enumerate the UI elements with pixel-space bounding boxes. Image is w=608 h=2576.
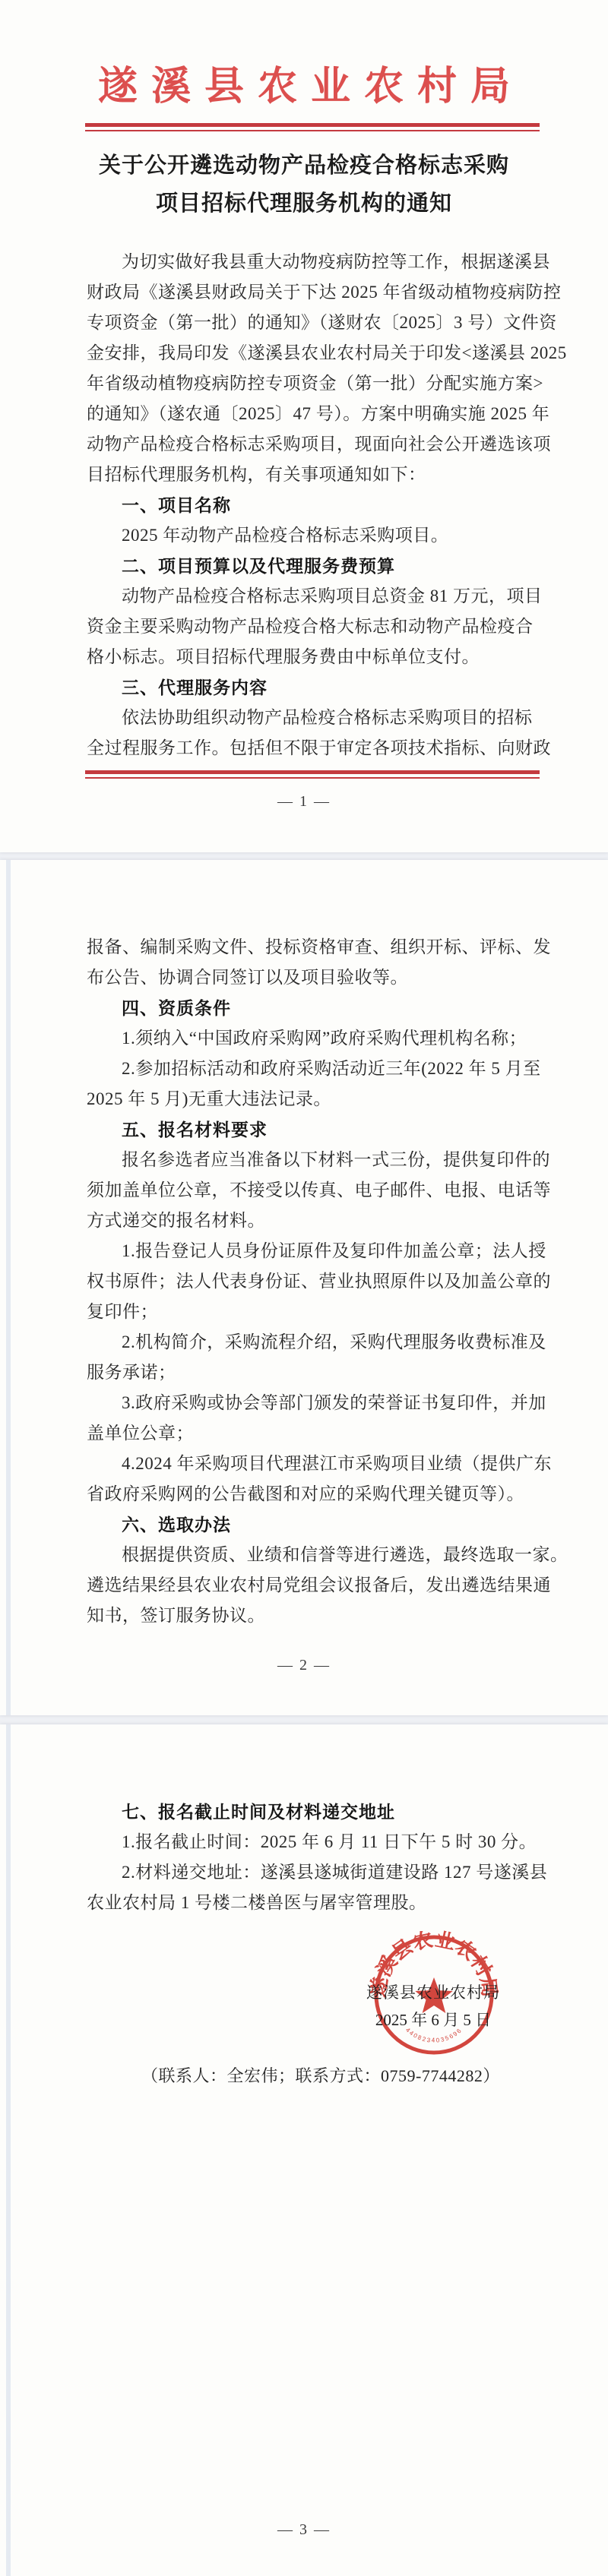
body-line: 动物产品检疫合格标志采购项目总资金 81 万元，项目 (87, 581, 540, 612)
red-divider-header (85, 123, 540, 131)
document-title-line2: 项目招标代理服务机构的通知 (46, 185, 562, 223)
body-line: 资金主要采购动物产品检疫合格大标志和动物产品检疫合 (87, 612, 540, 642)
body-line: 权书原件；法人代表身份证、营业执照原件以及加盖公章的 (87, 1266, 540, 1297)
body-line: 七、报名截止时间及材料递交地址 (87, 1797, 540, 1827)
body-line: 1.报名截止时间：2025 年 6 月 11 日下午 5 时 30 分。 (87, 1827, 540, 1857)
body-line: 4.2024 年采购项目代理湛江市采购项目业绩（提供广东 (87, 1449, 540, 1479)
body-line: 年省级动植物疫病防控专项资金（第一批）分配实施方案> (87, 368, 540, 399)
body-line: 为切实做好我县重大动物疫病防控等工作，根据遂溪县 (87, 247, 540, 277)
document-page-3: 七、报名截止时间及材料递交地址1.报名截止时间：2025 年 6 月 11 日下… (0, 1724, 608, 2576)
body-line: 2.材料递交地址：遂溪县遂城街道建设路 127 号遂溪县 (87, 1857, 540, 1888)
body-line: 三、代理服务内容 (87, 672, 540, 703)
body-line: 遴选结果经县农业农村局党组会议报备后，发出遴选结果通 (87, 1570, 540, 1601)
body-line: 二、项目预算以及代理服务费预算 (87, 551, 540, 581)
body-line: 复印件； (87, 1297, 540, 1327)
body-line: 一、项目名称 (87, 490, 540, 520)
body-line: 六、选取办法 (87, 1509, 540, 1540)
red-divider-footer (85, 770, 540, 779)
page1-body-text: 为切实做好我县重大动物疫病防控等工作，根据遂溪县财政局《遂溪县财政局关于下达 2… (87, 247, 540, 763)
scan-edge-shadow (6, 1724, 11, 2576)
body-line: 农业农村局 1 号楼二楼兽医与屠宰管理股。 (87, 1888, 540, 1918)
body-line: 专项资金（第一批）的通知》（遂财农〔2025〕3 号）文件资 (87, 308, 540, 338)
body-line: 布公告、协调合同签订以及项目验收等。 (87, 962, 540, 993)
body-line: 全过程服务工作。包括但不限于审定各项技术指标、向财政 (87, 733, 540, 763)
signature-org: 遂溪县农业农村局 (357, 1983, 509, 2002)
body-line: 金安排，我局印发《遂溪县农业农村局关于印发<遂溪县 2025 (87, 338, 540, 368)
body-line: 省政府采购网的公告截图和对应的采购代理关键页等）。 (87, 1479, 540, 1509)
page-number-1: — 1 — (0, 790, 608, 813)
body-line: 财政局《遂溪县财政局关于下达 2025 年省级动植物疫病防控 (87, 277, 540, 308)
body-line: 盖单位公章； (87, 1418, 540, 1449)
letterhead-agency-title: 遂溪县农业农村局 (0, 65, 608, 110)
body-line: 2.机构简介，采购流程介绍，采购代理服务收费标准及 (87, 1327, 540, 1358)
contact-line: （联系人：全宏伟；联系方式：0759-7744282） (141, 2065, 500, 2088)
document-page-1: 遂溪县农业农村局 关于公开遴选动物产品检疫合格标志采购 项目招标代理服务机构的通… (0, 0, 608, 852)
body-line: 方式递交的报名材料。 (87, 1206, 540, 1236)
body-line: 知书，签订服务协议。 (87, 1601, 540, 1631)
body-line: 报备、编制采购文件、投标资格审查、组织开标、评标、发 (87, 932, 540, 962)
body-line: 1.须纳入“中国政府采购网”政府采购代理机构名称； (87, 1023, 540, 1054)
body-line: 1.报告登记人员身份证原件及复印件加盖公章；法人授 (87, 1236, 540, 1266)
page2-body-text: 报备、编制采购文件、投标资格审查、组织开标、评标、发布公告、协调合同签订以及项目… (87, 932, 540, 1631)
body-line: 服务承诺； (87, 1358, 540, 1388)
document-page-2: 报备、编制采购文件、投标资格审查、组织开标、评标、发布公告、协调合同签订以及项目… (0, 860, 608, 1715)
body-line: 依法协助组织动物产品检疫合格标志采购项目的招标 (87, 703, 540, 733)
signature-date: 2025 年 6 月 5 日 (357, 2010, 509, 2030)
body-line: 须加盖单位公章，不接受以传真、电子邮件、电报、电话等 (87, 1175, 540, 1206)
body-line: 报名参选者应当准备以下材料一式三份，提供复印件的 (87, 1145, 540, 1175)
body-line: 五、报名材料要求 (87, 1114, 540, 1145)
page-number-2: — 2 — (0, 1654, 608, 1677)
document-title: 关于公开遴选动物产品检疫合格标志采购 项目招标代理服务机构的通知 (46, 147, 562, 223)
body-line: 的通知》（遂农通〔2025〕47 号）。方案中明确实施 2025 年 (87, 399, 540, 429)
body-line: 四、资质条件 (87, 993, 540, 1023)
body-line: 2025 年动物产品检疫合格标志采购项目。 (87, 520, 540, 551)
document-title-line1: 关于公开遴选动物产品检疫合格标志采购 (46, 147, 562, 185)
body-line: 根据提供资质、业绩和信誉等进行遴选，最终选取一家。 (87, 1540, 540, 1570)
body-line: 3.政府采购或协会等部门颁发的荣誉证书复印件，并加 (87, 1388, 540, 1418)
body-line: 动物产品检疫合格标志采购项目，现面向社会公开遴选该项 (87, 429, 540, 460)
body-line: 目招标代理服务机构，有关事项通知如下： (87, 460, 540, 490)
page-number-3: — 3 — (0, 2518, 608, 2541)
body-line: 格小标志。项目招标代理服务费由中标单位支付。 (87, 642, 540, 672)
scan-edge-shadow (6, 860, 11, 1715)
page3-body-text: 七、报名截止时间及材料递交地址1.报名截止时间：2025 年 6 月 11 日下… (87, 1797, 540, 1918)
body-line: 2.参加招标活动和政府采购活动近三年(2022 年 5 月至 (87, 1054, 540, 1084)
body-line: 2025 年 5 月)无重大违法记录。 (87, 1084, 540, 1114)
